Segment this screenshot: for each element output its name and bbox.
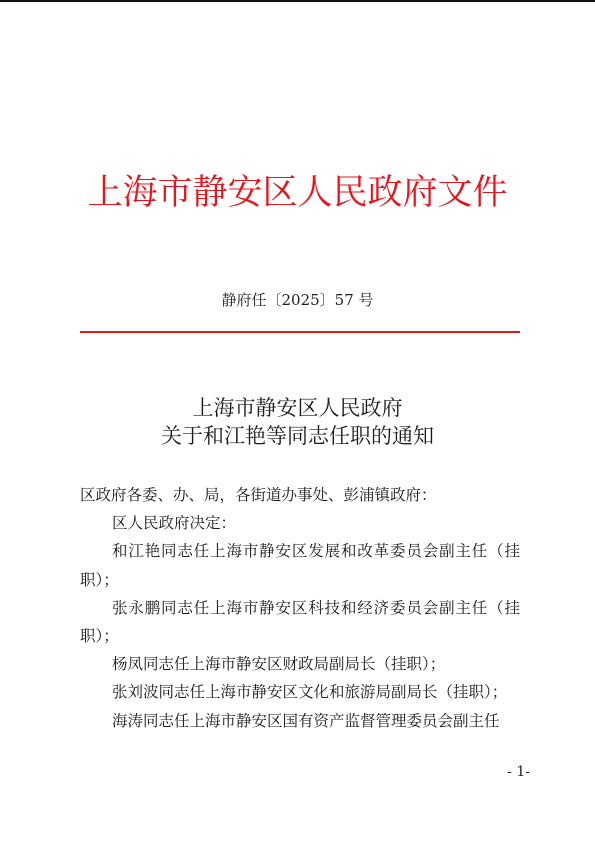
- top-border-rule: [0, 0, 595, 2]
- salutation: 区政府各委、办、局，各街道办事处、彭浦镇政府：: [80, 481, 520, 509]
- body-paragraph: 海涛同志任上海市静安区国有资产监督管理委员会副主任: [80, 707, 520, 735]
- notice-title: 上海市静安区人民政府 关于和江艳等同志任职的通知: [0, 394, 595, 450]
- body-paragraph: 杨凤同志任上海市静安区财政局副局长（挂职）；: [80, 650, 520, 678]
- body-paragraph: 张永鹏同志任上海市静安区科技和经济委员会副主任（挂职）；: [80, 594, 520, 650]
- red-divider-rule: [80, 331, 520, 333]
- notice-title-line-1: 上海市静安区人民政府: [0, 394, 595, 422]
- body-paragraph: 和江艳同志任上海市静安区发展和改革委员会副主任（挂职）；: [80, 537, 520, 593]
- document-number: 静府任〔2025〕57 号: [0, 289, 595, 311]
- notice-title-line-2: 关于和江艳等同志任职的通知: [0, 422, 595, 450]
- page-number: - 1-: [480, 762, 530, 782]
- document-header-title: 上海市静安区人民政府文件: [0, 168, 595, 218]
- body-paragraph: 张刘波同志任上海市静安区文化和旅游局副局长（挂职）；: [80, 678, 520, 706]
- body-paragraph: 区人民政府决定：: [80, 509, 520, 537]
- document-body: 区政府各委、办、局，各街道办事处、彭浦镇政府： 区人民政府决定： 和江艳同志任上…: [80, 481, 520, 735]
